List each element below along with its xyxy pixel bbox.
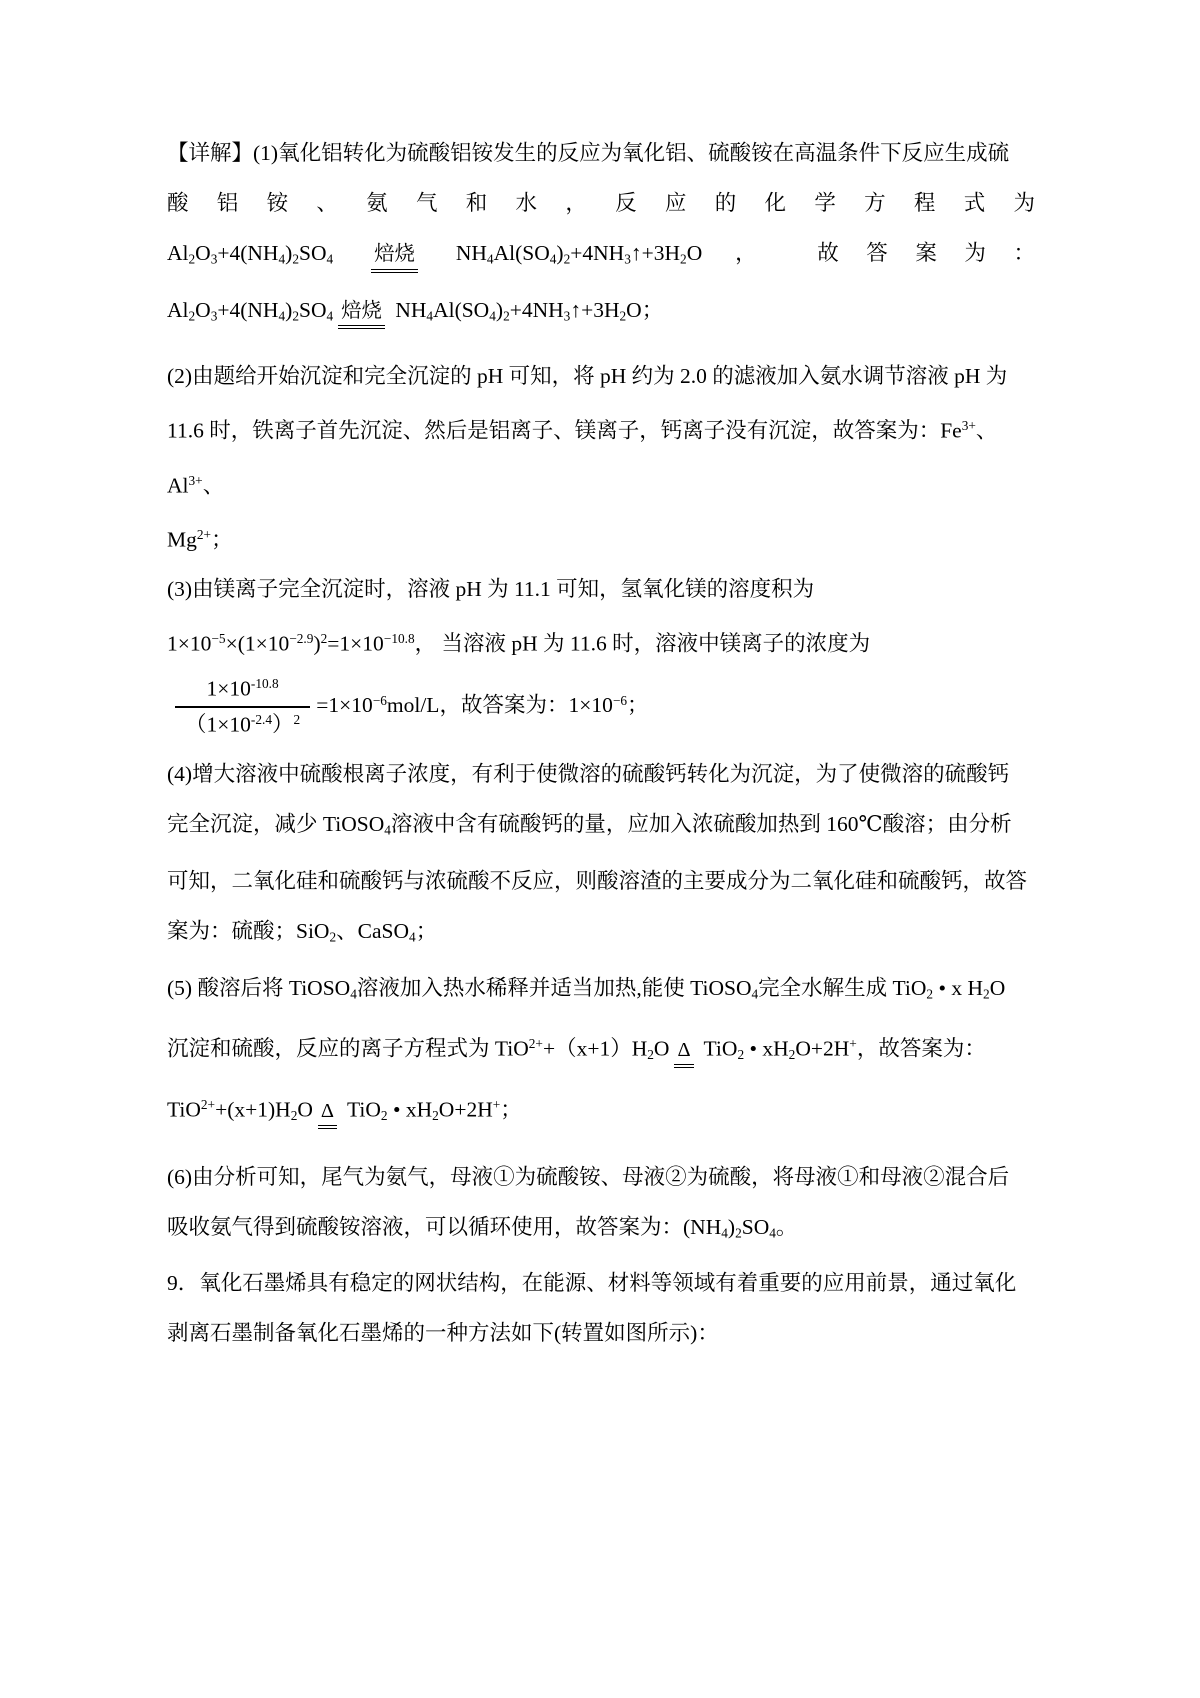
fraction-numerator: 1×10-10.8 — [175, 675, 310, 708]
text-segment: 2 — [292, 308, 299, 323]
text-segment: ， 故答案为： — [702, 241, 1035, 265]
document-content: 【详解】(1)氧化铝转化为硫酸铝铵发生的反应为氧化铝、硫酸铵在高温条件下反应生成… — [167, 128, 1035, 1358]
fraction-denominator: （1×10-2.4）2 — [175, 708, 310, 739]
text-segment: 、 — [203, 473, 225, 497]
text-segment: 案为：硫酸；SiO — [167, 919, 329, 943]
text-segment: −5 — [211, 631, 225, 646]
text-segment: ) — [496, 298, 503, 322]
text-segment: O+2H — [795, 1037, 849, 1061]
text-segment: (2)由题给开始沉淀和完全沉淀的 pH 可知，将 pH 约为 2.0 的滤液加入… — [167, 364, 1007, 388]
text-segment: 3+ — [962, 418, 976, 433]
text-segment: 完全沉淀，减少 TiOSO — [167, 812, 384, 836]
fraction: 1×10-10.8（1×10-2.4）2 — [175, 675, 310, 740]
text-segment: 【详解】(1)氧化铝转化为硫酸铝铵发生的反应为氧化铝、硫酸铵在高温条件下反应生成… — [167, 141, 1009, 165]
text-segment: ×(1×10 — [226, 632, 290, 656]
text-segment: 2 — [503, 308, 510, 323]
text-segment: 2 — [432, 1109, 439, 1124]
text-segment: +4NH — [510, 298, 564, 322]
text-segment: 4 — [326, 308, 333, 323]
text-segment: (4)增大溶液中硫酸根离子浓度，有利于使微溶的硫酸钙转化为沉淀，为了使微溶的硫酸… — [167, 762, 1009, 786]
text-segment: TiO — [167, 1098, 201, 1122]
text-segment: 2 — [294, 712, 301, 727]
text-segment: Mg — [167, 527, 197, 551]
text-segment: ） — [272, 712, 294, 736]
text-segment: + — [849, 1036, 857, 1051]
text-segment: −2.9 — [289, 631, 313, 646]
text-segment: （1×10 — [185, 712, 251, 736]
text-segment: +（x+1）H — [543, 1037, 647, 1061]
text-segment: 4 — [489, 308, 496, 323]
text-segment: mol/L，故答案为：1×10 — [387, 693, 613, 717]
text-segment: (5) 酸溶后将 TiOSO — [167, 976, 350, 1000]
detail-5-line-1: (5) 酸溶后将 TiOSO4溶液加入热水稀释并适当加热,能使 TiOSO4完全… — [167, 963, 1035, 1020]
text-segment: Al — [167, 241, 189, 265]
text-segment: NH — [423, 241, 487, 265]
text-segment: 剥离石墨制备氧化石墨烯的一种方法如下(转置如图所示)： — [167, 1321, 719, 1345]
text-segment: 吸收氨气得到硫酸铵溶液，可以循环使用，故答案为：(NH — [167, 1215, 721, 1239]
text-segment: 4 — [769, 1225, 776, 1240]
equation-5-answer: TiO2++(x+1)H2OΔ TiO2 • xH2O+2H+； — [167, 1080, 1035, 1141]
detail-intro-line-2: 酸铝铵、氨气和水，反应的化学方程式为 — [167, 178, 1035, 228]
text-segment: -10.8 — [251, 676, 279, 691]
text-segment: SO — [299, 298, 326, 322]
text-segment: 9．氧化石墨烯具有稳定的网状结构，在能源、材料等领域有着重要的应用前景，通过氧化 — [167, 1271, 1016, 1295]
text-segment: 2+ — [197, 527, 211, 542]
text-segment: ↑+3H — [631, 241, 680, 265]
text-segment: • xH — [744, 1037, 789, 1061]
text-segment: 1×10 — [207, 676, 251, 700]
text-segment: 。 — [776, 1215, 798, 1239]
text-segment: 4 — [350, 986, 357, 1001]
text-segment: +4(NH — [217, 298, 278, 322]
detail-6-line-1: (6)由分析可知，尾气为氨气，母液①为硫酸铵、母液②为硫酸，将母液①和母液②混合… — [167, 1152, 1035, 1202]
reaction-condition: Δ — [318, 1099, 337, 1130]
text-segment: −10.8 — [384, 631, 415, 646]
reaction-condition: 焙烧 — [371, 242, 418, 273]
text-segment: ； — [500, 1098, 522, 1122]
text-segment: =1×10 — [316, 693, 373, 717]
text-segment: ， 当溶液 pH 为 11.6 时，溶液中镁离子的浓度为 — [415, 632, 870, 656]
text-segment: TiO — [699, 1037, 738, 1061]
text-segment: 2 — [381, 1109, 388, 1124]
text-segment: 4 — [384, 823, 391, 838]
text-segment: 3+ — [189, 473, 203, 488]
text-segment: O — [195, 241, 211, 265]
text-segment: Al(SO — [494, 241, 550, 265]
text-segment: +4NH — [570, 241, 624, 265]
text-segment: 2+ — [201, 1097, 215, 1112]
detail-5-line-2: 沉淀和硫酸，反应的离子方程式为 TiO2++（x+1）H2OΔ TiO2 • x… — [167, 1019, 1035, 1080]
text-segment: 4 — [409, 930, 416, 945]
text-segment: 2 — [292, 252, 299, 267]
question-9-line-2: 剥离石墨制备氧化石墨烯的一种方法如下(转置如图所示)： — [167, 1308, 1035, 1358]
text-segment: ； — [627, 693, 649, 717]
text-segment: ； — [416, 919, 438, 943]
text-segment: • xH — [388, 1098, 433, 1122]
text-segment: 2 — [680, 252, 687, 267]
document-page: 【详解】(1)氧化铝转化为硫酸铝铵发生的反应为氧化铝、硫酸铵在高温条件下反应生成… — [0, 0, 1200, 1698]
equation-1-inline: Al2O3+4(NH4)2SO4 焙烧 NH4Al(SO4)2+4NH3↑+3H… — [167, 228, 1035, 285]
text-segment: 2+ — [529, 1036, 543, 1051]
text-segment — [333, 241, 366, 265]
text-segment: O — [195, 298, 211, 322]
text-segment: 溶液加入热水稀释并适当加热,能使 TiOSO — [357, 976, 752, 1000]
text-segment: 11.6 时，铁离子首先沉淀、然后是铝离子、镁离子，钙离子没有沉淀，故答案为：F… — [167, 419, 962, 443]
text-segment: 酸铝铵、氨气和水，反应的化学方程式为 — [167, 191, 1035, 215]
question-9-line-1: 9．氧化石墨烯具有稳定的网状结构，在能源、材料等领域有着重要的应用前景，通过氧化 — [167, 1258, 1035, 1308]
text-segment: NH — [390, 298, 426, 322]
detail-2-line-2: 11.6 时，铁离子首先沉淀、然后是铝离子、镁离子，钙离子没有沉淀，故答案为：F… — [167, 401, 1035, 510]
text-segment: O+2H — [439, 1098, 493, 1122]
text-segment: SO — [299, 241, 326, 265]
equation-1-answer: Al2O3+4(NH4)2SO4焙烧 NH4Al(SO4)2+4NH3↑+3H2… — [167, 285, 1035, 342]
text-segment: −6 — [373, 693, 387, 708]
text-segment: SO — [742, 1215, 769, 1239]
detail-3-line-1: (3)由镁离子完全沉淀时，溶液 pH 为 11.1 可知，氢氧化镁的溶度积为 — [167, 564, 1035, 614]
detail-4-line-1: (4)增大溶液中硫酸根离子浓度，有利于使微溶的硫酸钙转化为沉淀，为了使微溶的硫酸… — [167, 749, 1035, 799]
text-segment: 、CaSO — [336, 919, 409, 943]
text-segment: TiO — [342, 1098, 381, 1122]
text-segment: (3)由镁离子完全沉淀时，溶液 pH 为 11.1 可知，氢氧化镁的溶度积为 — [167, 577, 814, 601]
text-segment: O； — [626, 298, 663, 322]
detail-4-line-4: 案为：硫酸；SiO2、CaSO4； — [167, 906, 1035, 963]
text-segment: -2.4 — [251, 712, 272, 727]
text-segment: O — [990, 976, 1006, 1000]
text-segment: Al — [167, 298, 189, 322]
text-segment: O — [687, 241, 703, 265]
text-segment: 4 — [721, 1225, 728, 1240]
text-segment: O — [654, 1037, 670, 1061]
text-segment: ↑+3H — [570, 298, 619, 322]
text-segment: Al(SO — [433, 298, 489, 322]
text-segment: 1×10 — [167, 632, 211, 656]
text-segment: 3 — [624, 252, 631, 267]
text-segment: ) — [556, 241, 563, 265]
detail-4-line-2: 完全沉淀，减少 TiOSO4溶液中含有硫酸钙的量，应加入浓硫酸加热到 160℃酸… — [167, 799, 1035, 856]
text-segment: ) — [728, 1215, 735, 1239]
text-segment: (6)由分析可知，尾气为氨气，母液①为硫酸铵、母液②为硫酸，将母液①和母液②混合… — [167, 1165, 1009, 1189]
detail-2-line-1: (2)由题给开始沉淀和完全沉淀的 pH 可知，将 pH 约为 2.0 的滤液加入… — [167, 351, 1035, 401]
reaction-condition: 焙烧 — [338, 299, 385, 330]
detail-3-fraction-line: 1×10-10.8（1×10-2.4）2=1×10−6mol/L，故答案为：1×… — [167, 669, 1035, 750]
text-segment: −6 — [613, 693, 627, 708]
detail-2-line-3: Mg2+； — [167, 510, 1035, 564]
detail-intro-line-1: 【详解】(1)氧化铝转化为硫酸铝铵发生的反应为氧化铝、硫酸铵在高温条件下反应生成… — [167, 128, 1035, 178]
detail-4-line-3: 可知，二氧化硅和硫酸钙与浓硫酸不反应，则酸溶渣的主要成分为二氧化硅和硫酸钙，故答 — [167, 856, 1035, 906]
text-segment: O — [297, 1098, 313, 1122]
text-segment: 可知，二氧化硅和硫酸钙与浓硫酸不反应，则酸溶渣的主要成分为二氧化硅和硫酸钙，故答 — [167, 869, 1027, 893]
text-segment: ； — [211, 527, 233, 551]
detail-3-line-2: 1×10−5×(1×10−2.9)2=1×10−10.8， 当溶液 pH 为 1… — [167, 614, 1035, 668]
text-segment: ，故答案为： — [857, 1037, 986, 1061]
text-segment: +4(NH — [217, 241, 278, 265]
text-segment: 沉淀和硫酸，反应的离子方程式为 TiO — [167, 1037, 529, 1061]
text-segment: 完全水解生成 TiO — [758, 976, 926, 1000]
text-segment: 2 — [647, 1047, 654, 1062]
text-segment: 溶液中含有硫酸钙的量，应加入浓硫酸加热到 160℃酸溶；由分析 — [391, 812, 1012, 836]
text-segment: +(x+1)H — [215, 1098, 291, 1122]
text-segment: =1×10 — [327, 632, 384, 656]
reaction-condition: Δ — [674, 1038, 693, 1069]
detail-6-line-2: 吸收氨气得到硫酸铵溶液，可以循环使用，故答案为：(NH4)2SO4。 — [167, 1202, 1035, 1259]
text-segment: ) — [313, 632, 320, 656]
text-segment: 2 — [983, 986, 990, 1001]
text-segment: 4 — [487, 252, 494, 267]
text-segment: • x H — [933, 976, 983, 1000]
text-segment: 2 — [735, 1225, 742, 1240]
